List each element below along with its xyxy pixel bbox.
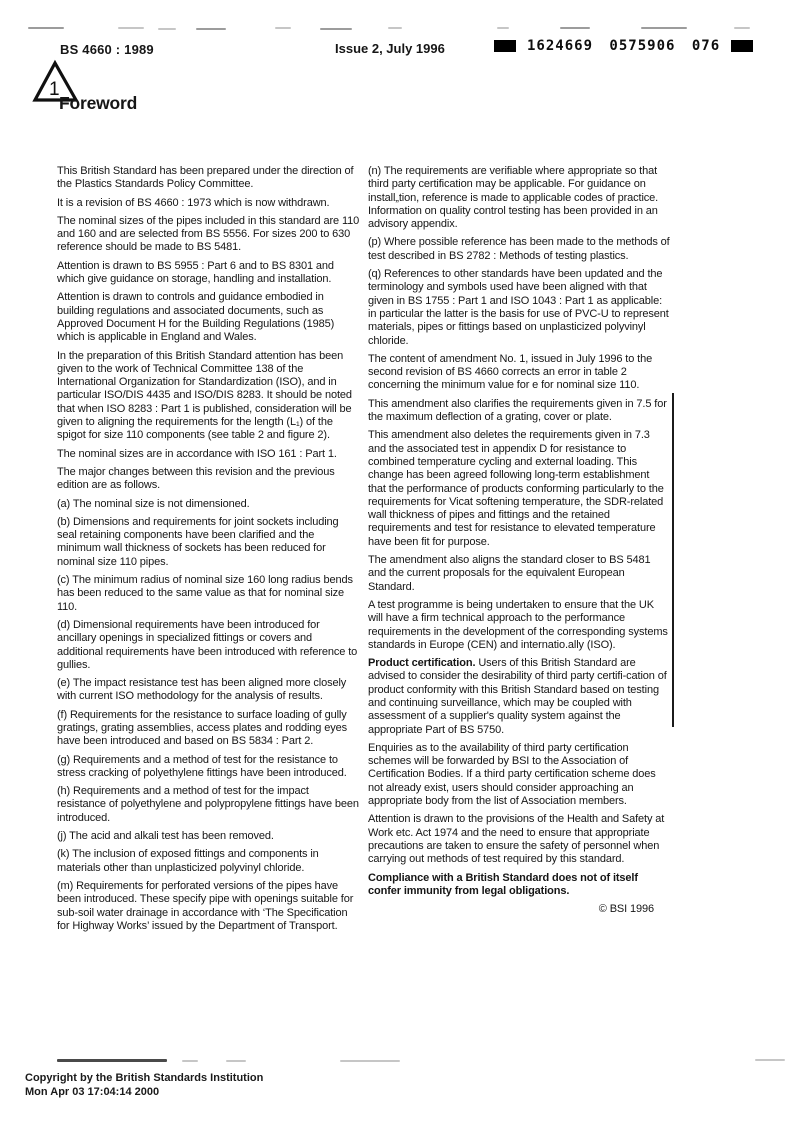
barcode-block-icon xyxy=(731,40,753,52)
paragraph-lead: Product certification. xyxy=(368,657,475,669)
item-label: (d) xyxy=(57,619,70,631)
item-label: (e) xyxy=(57,677,70,689)
foreword-paragraph: Attention is drawn to BS 5955 : Part 6 a… xyxy=(57,260,360,287)
change-item: (b) Dimensions and requirements for join… xyxy=(57,516,360,569)
change-item: (c) The minimum radius of nominal size 1… xyxy=(57,574,360,614)
scan-artifact-dash xyxy=(560,27,590,29)
item-label: (m) xyxy=(57,880,73,892)
scan-artifact-dash xyxy=(497,27,509,29)
change-item: (d) Dimensional requirements have been i… xyxy=(57,619,360,672)
scan-artifact-dash xyxy=(57,1059,167,1062)
foreword-paragraph: The nominal sizes are in accordance with… xyxy=(57,448,360,461)
scan-artifact-dash xyxy=(118,27,144,29)
footer: Copyright by the British Standards Insti… xyxy=(25,1071,263,1099)
item-label: (g) xyxy=(57,754,70,766)
item-label: (h) xyxy=(57,785,70,797)
amendment-paragraph: A test programme is being undertaken to … xyxy=(368,599,670,652)
document-barcode: 1624669 0575906 076 xyxy=(494,38,753,54)
scan-artifact-dash xyxy=(641,27,687,29)
item-label: (n) xyxy=(368,165,381,177)
scan-artifact-dash xyxy=(340,1060,400,1062)
scan-artifact-dash xyxy=(28,27,64,29)
scan-artifact-dash xyxy=(388,27,402,29)
scan-artifact-dash xyxy=(734,27,750,29)
change-item: (q) References to other standards have b… xyxy=(368,268,670,348)
footer-timestamp: Mon Apr 03 17:04:14 2000 xyxy=(25,1085,263,1099)
change-item: (a) The nominal size is not dimensioned. xyxy=(57,498,360,511)
foreword-paragraph: This British Standard has been prepared … xyxy=(57,165,360,192)
foreword-paragraph: In the preparation of this British Stand… xyxy=(57,350,360,443)
change-item: (p) Where possible reference has been ma… xyxy=(368,236,670,263)
change-item: (g) Requirements and a method of test fo… xyxy=(57,754,360,781)
item-label: (k) xyxy=(57,848,69,860)
change-item: (e) The impact resistance test has been … xyxy=(57,677,360,704)
change-item: (n) The requirements are verifiable wher… xyxy=(368,165,670,231)
item-label: (j) xyxy=(57,830,66,842)
issue-label: Issue 2, July 1996 xyxy=(335,41,445,56)
scan-artifact-dash xyxy=(158,28,176,30)
page-title: Foreword xyxy=(59,93,137,114)
foreword-paragraph: Enquiries as to the availability of thir… xyxy=(368,742,670,808)
left-column: This British Standard has been prepared … xyxy=(57,165,360,938)
foreword-paragraph: The nominal sizes of the pipes included … xyxy=(57,215,360,255)
amendment-paragraph: The content of amendment No. 1, issued i… xyxy=(368,353,670,393)
foreword-paragraph: Attention is drawn to controls and guida… xyxy=(57,291,360,344)
item-label: (f) xyxy=(57,709,67,721)
change-item: (h) Requirements and a method of test fo… xyxy=(57,785,360,825)
item-label: (p) xyxy=(368,236,381,248)
amendment-number: 1 xyxy=(49,79,60,100)
amendment-paragraph: This amendment also clarifies the requir… xyxy=(368,398,670,425)
foreword-paragraph: The major changes between this revision … xyxy=(57,466,360,493)
item-label: (q) xyxy=(368,268,381,280)
scan-artifact-dash xyxy=(182,1060,198,1062)
change-item: (f) Requirements for the resistance to s… xyxy=(57,709,360,749)
scan-artifact-dash xyxy=(196,28,226,30)
barcode-block-icon xyxy=(494,40,516,52)
product-certification-paragraph: Product certification. Users of this Bri… xyxy=(368,657,670,737)
amendment-paragraph: This amendment also deletes the requirem… xyxy=(368,429,670,549)
change-item: (m) Requirements for perforated versions… xyxy=(57,880,360,933)
bsi-copyright: © BSI 1996 xyxy=(368,903,670,916)
compliance-notice: Compliance with a British Standard does … xyxy=(368,872,670,899)
amendment-paragraph: The amendment also aligns the standard c… xyxy=(368,554,670,594)
change-item: (k) The inclusion of exposed fittings an… xyxy=(57,848,360,875)
item-label: (a) xyxy=(57,498,70,510)
right-column: (n) The requirements are verifiable wher… xyxy=(368,165,670,916)
item-label: (c) xyxy=(57,574,69,586)
foreword-paragraph: It is a revision of BS 4660 : 1973 which… xyxy=(57,197,360,210)
change-item: (j) The acid and alkali test has been re… xyxy=(57,830,360,843)
scan-artifact-dash xyxy=(755,1059,785,1061)
scanned-document-page: BS 4660 : 1989 Issue 2, July 1996 162466… xyxy=(0,0,800,1132)
standard-reference: BS 4660 : 1989 xyxy=(60,42,154,57)
barcode-text: 1624669 0575906 076 xyxy=(527,38,720,54)
item-label: (b) xyxy=(57,516,70,528)
footer-copyright: Copyright by the British Standards Insti… xyxy=(25,1071,263,1085)
scan-artifact-dash xyxy=(320,28,352,30)
scan-artifact-dash xyxy=(275,27,291,29)
foreword-paragraph: Attention is drawn to the provisions of … xyxy=(368,813,670,866)
scan-artifact-dash xyxy=(226,1060,246,1062)
amendment-change-bar xyxy=(672,393,674,727)
